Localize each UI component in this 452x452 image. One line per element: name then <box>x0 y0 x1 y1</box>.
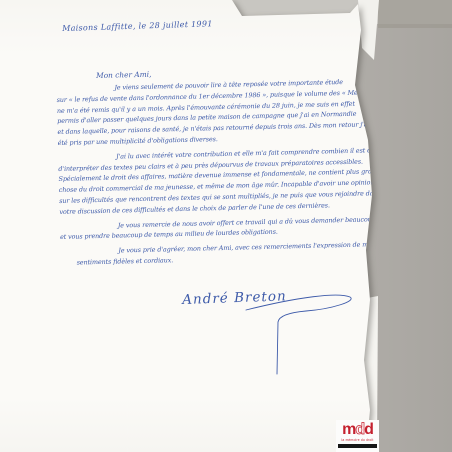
mdd-logo-letter-d-outline: d <box>355 421 364 438</box>
signature: André Breton <box>182 288 287 308</box>
mdd-logo-letter-d: d <box>364 421 373 438</box>
letter-sheet: Maisons Laffitte, le 28 juillet 1991 Mon… <box>0 0 452 452</box>
mdd-watermark-label: mdd la mémoire du droit <box>336 420 379 452</box>
letter-sheet-wrapper: Maisons Laffitte, le 28 juillet 1991 Mon… <box>0 0 452 452</box>
letter-body: Mon cher Ami, Je viens seulement de pouv… <box>56 64 381 269</box>
mdd-logo-letter-m: m <box>342 421 355 438</box>
mdd-logo: mdd <box>338 421 377 438</box>
mdd-logo-tagline: la mémoire du droit <box>338 438 377 443</box>
mdd-logo-black-bar <box>338 444 377 448</box>
letter-dateline: Maisons Laffitte, le 28 juillet 1991 <box>62 19 213 33</box>
scanned-letter-page: { "letter": { "dateline": "Maisons Laffi… <box>0 0 452 452</box>
